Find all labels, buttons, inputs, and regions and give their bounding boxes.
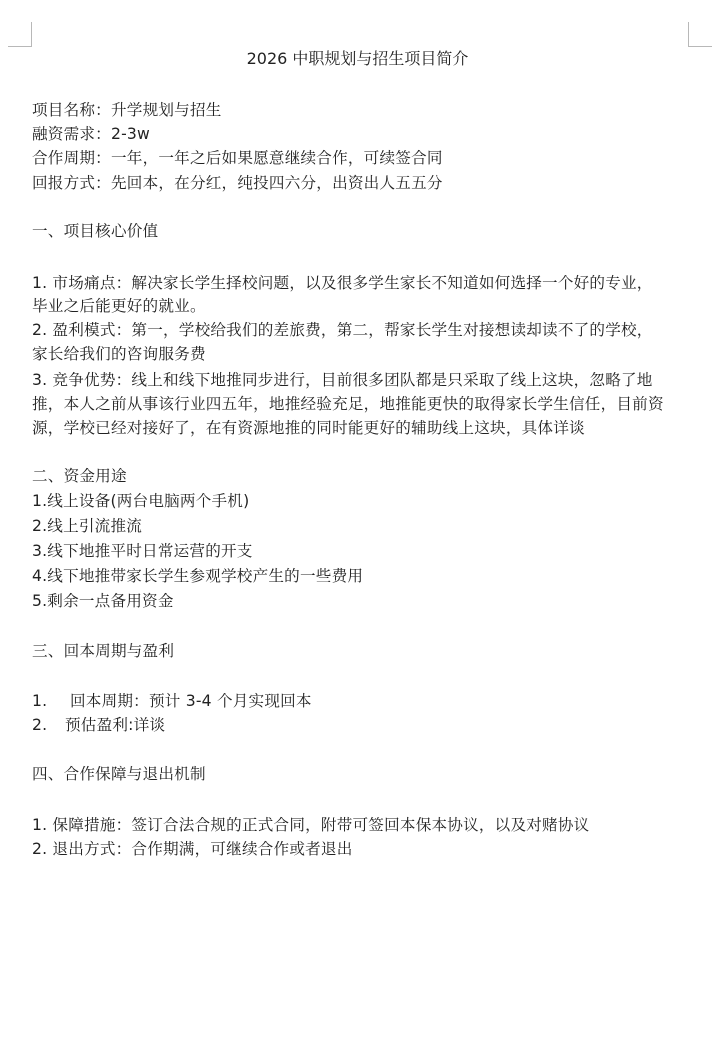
info-label: 融资需求： [32, 125, 111, 143]
paragraph-line: 毕业之后能更好的就业。 [32, 294, 688, 318]
list-item: 2. 退出方式：合作期满，可继续合作或者退出 [32, 837, 688, 861]
list-item: 5.剩余一点备用资金 [32, 589, 688, 613]
info-label: 回报方式： [32, 174, 111, 192]
list-number: 1. [32, 689, 70, 713]
page-corner-mark-top-right [688, 22, 712, 47]
info-label: 合作周期： [32, 149, 111, 167]
list-item: 1. 保障措施：签订合法合规的正式合同，附带可签回本保本协议，以及对赌协议 [32, 813, 688, 837]
info-label: 项目名称： [32, 101, 111, 119]
info-value: 2-3w [111, 125, 150, 143]
info-value: 先回本，在分红，纯投四六分，出资出人五五分 [111, 174, 443, 192]
list-item: 1.回本周期：预计 3-4 个月实现回本 [32, 689, 688, 713]
paragraph-line: 1. 市场痛点：解决家长学生择校问题，以及很多学生家长不知道如何选择一个好的专业… [32, 271, 688, 295]
list-item: 4.线下地推带家长学生参观学校产生的一些费用 [32, 564, 688, 588]
section-heading-core-value: 一、项目核心价值 [32, 219, 688, 243]
page-corner-mark-top-left [8, 22, 32, 47]
list-item: 2.线上引流推流 [32, 514, 688, 538]
paragraph-line: 源，学校已经对接好了，在有资源地推的同时能更好的辅助线上这块，具体详谈 [32, 416, 688, 440]
paragraph-line: 3. 竞争优势：线上和线下地推同步进行，目前很多团队都是只采取了线上这块，忽略了… [32, 368, 688, 392]
section-heading-guarantee-exit: 四、合作保障与退出机制 [32, 762, 688, 786]
section-heading-payback: 三、回本周期与盈利 [32, 639, 688, 663]
list-text: 回本周期：预计 3-4 个月实现回本 [70, 692, 312, 710]
list-item: 2.预估盈利:详谈 [32, 713, 688, 737]
paragraph-line: 家长给我们的咨询服务费 [32, 342, 688, 366]
list-text: 预估盈利:详谈 [65, 716, 165, 734]
info-project-name: 项目名称：升学规划与招生 [32, 98, 688, 122]
info-value: 一年，一年之后如果愿意继续合作，可续签合同 [111, 149, 443, 167]
paragraph-line: 2. 盈利模式：第一，学校给我们的差旅费，第二，帮家长学生对接想读却读不了的学校… [32, 318, 688, 342]
info-cooperation-period: 合作周期：一年，一年之后如果愿意继续合作，可续签合同 [32, 146, 688, 170]
info-value: 升学规划与招生 [111, 101, 222, 119]
paragraph-line: 推，本人之前从事该行业四五年，地推经验充足，地推能更快的取得家长学生信任，目前资 [32, 392, 688, 416]
list-item: 1.线上设备(两台电脑两个手机) [32, 489, 688, 513]
document-title: 2026 中职规划与招生项目简介 [0, 47, 715, 71]
list-item: 3.线下地推平时日常运营的开支 [32, 539, 688, 563]
section-heading-fund-use: 二、资金用途 [32, 464, 688, 488]
info-funding: 融资需求：2-3w [32, 122, 688, 146]
list-number: 2. [32, 713, 65, 737]
info-return-method: 回报方式：先回本，在分红，纯投四六分，出资出人五五分 [32, 171, 688, 195]
